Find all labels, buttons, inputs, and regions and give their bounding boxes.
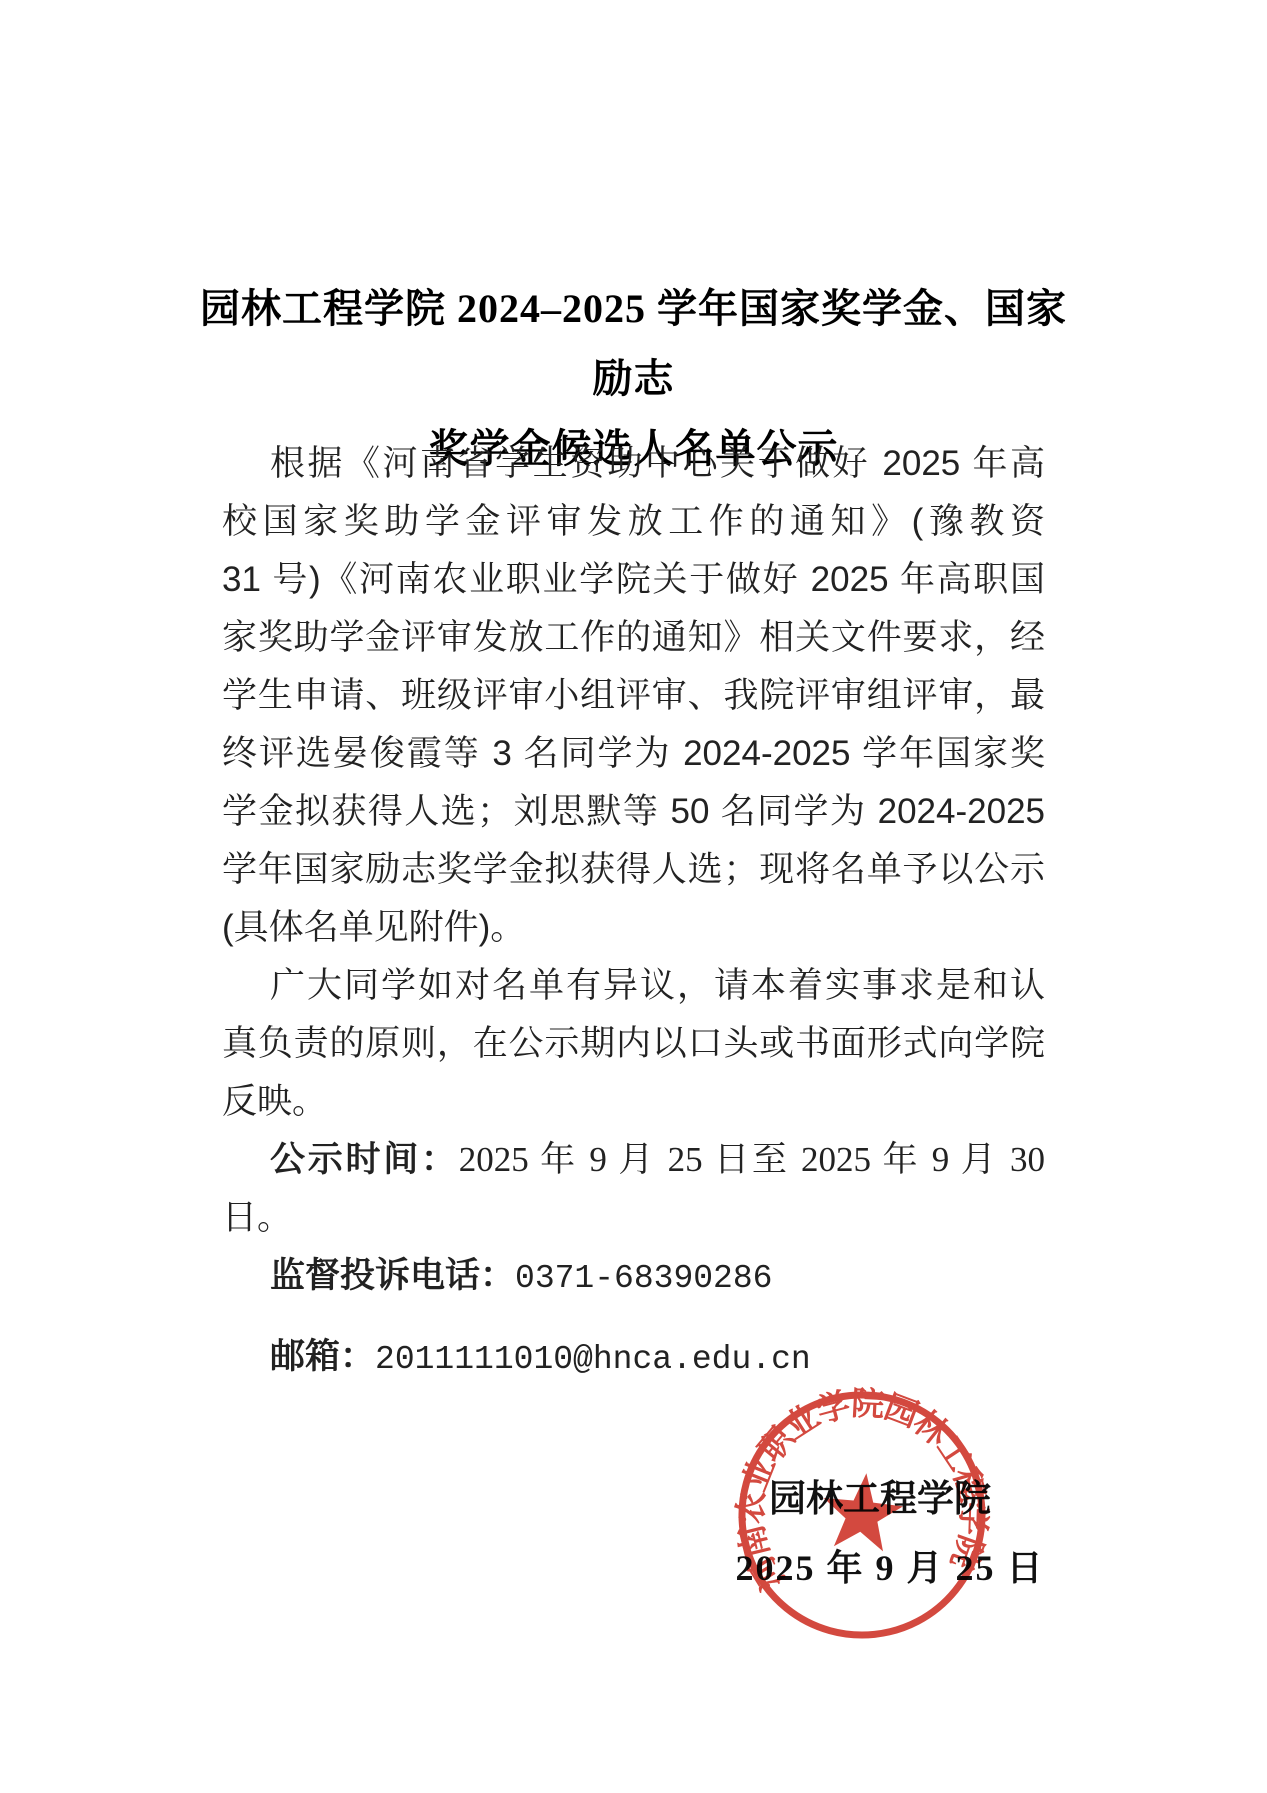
official-seal: 河南农业职业学院园林工程学院: [697, 1350, 1027, 1680]
complaint-phone-number: 0371-68390286: [515, 1260, 772, 1297]
paragraph-line: 校国家奖助学金评审发放工作的通知》(豫教资〔2025〕: [222, 493, 1045, 551]
paragraph-line: 家奖助学金评审发放工作的通知》相关文件要求，经: [222, 609, 1045, 667]
paragraph-line: 学金拟获得人选；刘思默等 50 名同学为 2024-2025: [222, 783, 1045, 841]
paragraph-line: 广大同学如对名单有异议，请本着实事求是和认: [222, 957, 1045, 1015]
star-icon: [819, 1469, 906, 1553]
title-line-1: 园林工程学院 2024–2025 学年国家奖学金、国家励志: [182, 274, 1085, 414]
email-label: 邮箱：: [270, 1337, 375, 1376]
email-address: 2011111010@hnca.edu.cn: [375, 1341, 811, 1378]
publicity-period-value: 2025 年 9 月 25 日至 2025 年 9 月 30: [459, 1140, 1045, 1179]
publicity-period-continuation: 日。: [222, 1189, 1045, 1247]
paragraph-line: 学生申请、班级评审小组评审、我院评审组评审，最: [222, 667, 1045, 725]
complaint-phone-line: 监督投诉电话：0371-68390286: [222, 1247, 1045, 1305]
document-page: 园林工程学院 2024–2025 学年国家奖学金、国家励志 奖学金候选人名单公示…: [0, 0, 1267, 1793]
document-body: 根据《河南省学生资助中心关于做好 2025 年高 校国家奖助学金评审发放工作的通…: [222, 435, 1045, 1386]
seal-ring-text: 河南农业职业学院园林工程学院: [719, 1372, 999, 1599]
publicity-period-line: 公示时间：2025 年 9 月 25 日至 2025 年 9 月 30: [222, 1131, 1045, 1189]
paragraph-line: 31 号)《河南农业职业学院关于做好 2025 年高职国: [222, 551, 1045, 609]
paragraph-line: 反映。: [222, 1073, 1045, 1131]
paragraph-line: 终评选晏俊霞等 3 名同学为 2024-2025 学年国家奖: [222, 725, 1045, 783]
paragraph-line: 根据《河南省学生资助中心关于做好 2025 年高: [222, 435, 1045, 493]
complaint-phone-label: 监督投诉电话：: [270, 1256, 515, 1295]
paragraph-line: 学年国家励志奖学金拟获得人选；现将名单予以公示: [222, 841, 1045, 899]
paragraph-line: (具体名单见附件)。: [222, 899, 1045, 957]
publicity-period-label: 公示时间：: [270, 1140, 459, 1179]
paragraph-line: 真负责的原则，在公示期内以口头或书面形式向学院: [222, 1015, 1045, 1073]
